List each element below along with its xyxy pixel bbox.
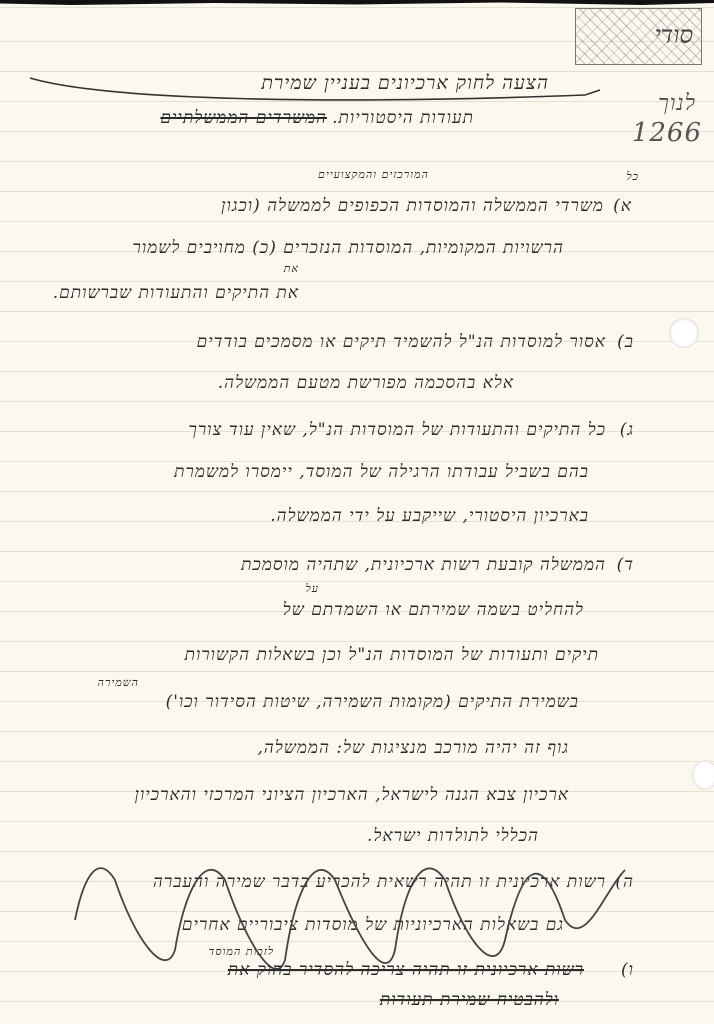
insert-above-a1: כל: [626, 170, 639, 183]
title-line-1: הצעה לחוק ארכיונים בעניין שמירת: [261, 72, 549, 95]
section-c-marker: ג): [620, 420, 634, 440]
margin-note: לנוך: [658, 90, 696, 116]
insert-mark-a: את: [284, 262, 299, 275]
section-c-line-3: בארכיון היסטורי, שייקבע על ידי הממשלה.: [270, 506, 589, 526]
section-d-line-4: בשמירת התיקים (מקומות השמירה, שיטות הסיד…: [166, 692, 579, 712]
section-d-marker: ד): [617, 555, 634, 575]
section-b-marker: ב): [617, 332, 634, 352]
section-a-line-2: הרשויות המקומיות, המוסדות הנזכרים (כ) מח…: [133, 238, 564, 258]
section-d-line-1: הממשלה קובעת רשות ארכיונית, שתהיה מוסמכת: [241, 555, 606, 575]
section-d-line-2: להחליט בשמה שמירתם או השמדתם של: [283, 600, 584, 620]
insert-above-a2: המורכזים והמקצועיים: [318, 168, 429, 181]
punch-hole-top: [669, 318, 699, 348]
section-f-marker: ו): [621, 960, 634, 980]
section-b-line-1: אסור למוסדות הנ"ל להשמיד תיקים או מסמכים…: [197, 332, 606, 352]
section-e-insert: לזכות המוסד: [209, 945, 274, 958]
punch-hole-bottom: [692, 760, 714, 790]
section-a-line-3: את התיקים והתעודות שברשותם.: [53, 283, 299, 303]
section-e-line-1: רשות ארכיונית זו תהיה רשאית להכריע בדבר …: [153, 872, 606, 892]
insert-above-d: על: [306, 582, 319, 595]
margin-number: 1266: [632, 118, 702, 148]
section-d-line-6: ארכיון צבא הגנה לישראל, הארכיון הציוני ה…: [135, 785, 569, 805]
section-d-line-7: הכללי לתולדות ישראל.: [367, 826, 539, 846]
title-struck-text: המשרדים הממשלתיים: [160, 108, 327, 128]
section-d-line-3: תיקים ותעודות של המוסדות הנ"ל וכן בשאלות…: [185, 645, 599, 665]
section-f-line-2: ולהבטיח שמירת תעודות: [380, 990, 559, 1010]
section-a-line-1: משרדי הממשלה והמוסדות הכפופים לממשלה (וכ…: [221, 196, 604, 216]
section-e-line-2: גם בשאלות הארכיוניות של מוסדות ציבוריים …: [182, 915, 564, 935]
section-c-line-1: כל התיקים והתעודות של המוסדות הנ"ל, שאין…: [188, 420, 606, 440]
section-e-marker: ה): [615, 872, 634, 892]
stamp-text: סודי: [655, 21, 693, 50]
section-a-marker: א): [613, 196, 632, 216]
section-c-line-2: בהם בשביל עבודתו הרגילה של המוסד, יימסרו…: [174, 462, 589, 482]
section-f-line-1: רשות ארכיונית זו תהיה צריכה להסדיר בחוק …: [228, 960, 584, 980]
lined-paper-page: סודי לנוך 1266 הצעה לחוק ארכיונים בעניין…: [0, 0, 714, 1024]
classification-stamp: סודי: [575, 8, 702, 65]
title-line-2: תעודות היסטוריות. המשרדים הממשלתיים: [160, 108, 474, 128]
torn-top-edge: [0, 0, 714, 5]
insert-above-d-line4: השמירה: [98, 676, 140, 689]
section-d-line-5: גוף זה יהיה מורכב מנציגות של: הממשלה,: [258, 738, 570, 758]
section-b-line-2: אלא בהסכמה מפורשת מטעם הממשלה.: [218, 373, 514, 393]
